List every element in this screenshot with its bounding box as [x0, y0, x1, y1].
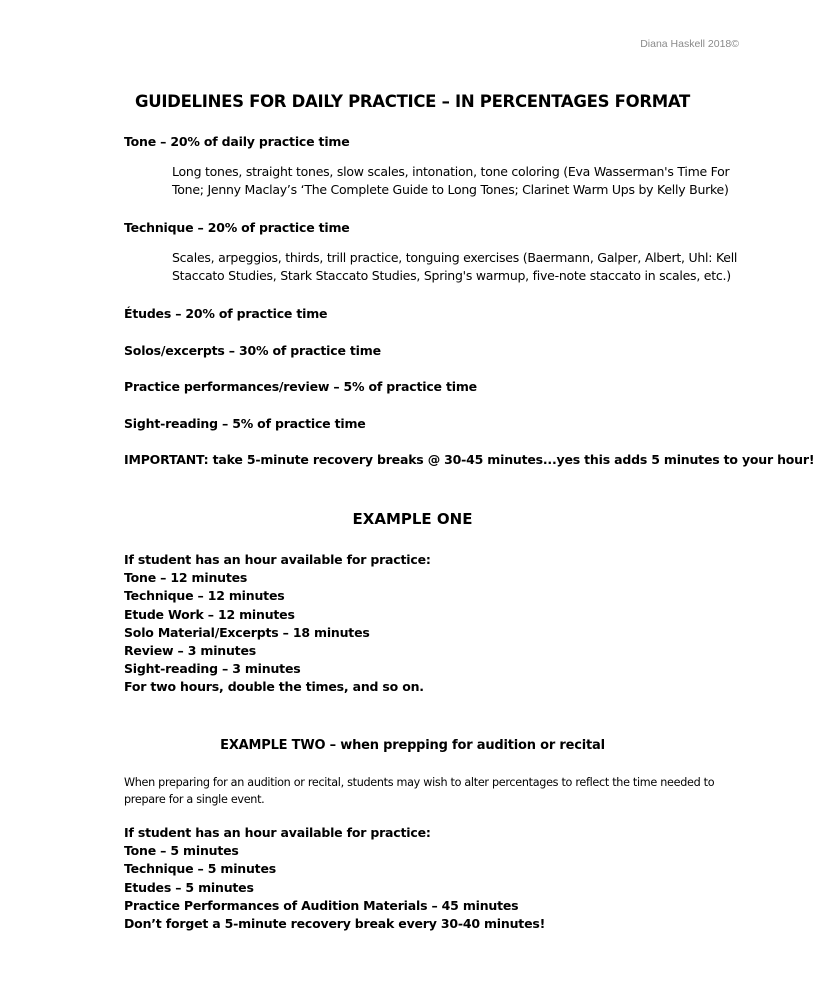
example-two-intro: When preparing for an audition or recita… — [124, 774, 764, 808]
page-title: GUIDELINES FOR DAILY PRACTICE – IN PERCE… — [0, 92, 825, 111]
description-line: Scales, arpeggios, thirds, trill practic… — [172, 249, 772, 267]
guideline-tone-description: Long tones, straight tones, slow scales,… — [172, 163, 772, 199]
example-two-line: Technique – 5 minutes — [124, 860, 545, 878]
description-line: Tone; Jenny Maclay’s ‘The Complete Guide… — [172, 181, 772, 199]
example-one-line: If student has an hour available for pra… — [124, 551, 431, 569]
example-two-line: Don’t forget a 5-minute recovery break e… — [124, 915, 545, 933]
example-two-line: Tone – 5 minutes — [124, 842, 545, 860]
example-one-list: If student has an hour available for pra… — [124, 551, 431, 697]
description-line: Staccato Studies, Stark Staccato Studies… — [172, 267, 772, 285]
guideline-solos-heading: Solos/excerpts – 30% of practice time — [124, 343, 381, 358]
example-two-title: EXAMPLE TWO – when prepping for audition… — [0, 738, 825, 753]
example-one-title: EXAMPLE ONE — [0, 510, 825, 528]
guideline-technique-description: Scales, arpeggios, thirds, trill practic… — [172, 249, 772, 285]
example-one-line: Etude Work – 12 minutes — [124, 606, 431, 624]
example-one-line: Tone – 12 minutes — [124, 569, 431, 587]
copyright-notice: Diana Haskell 2018© — [640, 38, 739, 50]
intro-line: When preparing for an audition or recita… — [124, 774, 764, 791]
example-two-line: If student has an hour available for pra… — [124, 824, 545, 842]
example-one-line: Solo Material/Excerpts – 18 minutes — [124, 624, 431, 642]
intro-line: prepare for a single event. — [124, 791, 764, 808]
example-two-line: Etudes – 5 minutes — [124, 879, 545, 897]
example-one-line: Technique – 12 minutes — [124, 587, 431, 605]
guideline-performances-heading: Practice performances/review – 5% of pra… — [124, 379, 477, 394]
example-one-line: Review – 3 minutes — [124, 642, 431, 660]
guideline-technique-heading: Technique – 20% of practice time — [124, 220, 350, 235]
example-one-line: For two hours, double the times, and so … — [124, 678, 431, 696]
guideline-etudes-heading: Études – 20% of practice time — [124, 306, 327, 321]
guideline-sightreading-heading: Sight-reading – 5% of practice time — [124, 416, 366, 431]
important-note: IMPORTANT: take 5-minute recovery breaks… — [124, 452, 814, 467]
description-line: Long tones, straight tones, slow scales,… — [172, 163, 772, 181]
example-two-list: If student has an hour available for pra… — [124, 824, 545, 933]
example-two-line: Practice Performances of Audition Materi… — [124, 897, 545, 915]
document-page: Diana Haskell 2018© GUIDELINES FOR DAILY… — [0, 0, 825, 1006]
example-one-line: Sight-reading – 3 minutes — [124, 660, 431, 678]
guideline-tone-heading: Tone – 20% of daily practice time — [124, 134, 350, 149]
